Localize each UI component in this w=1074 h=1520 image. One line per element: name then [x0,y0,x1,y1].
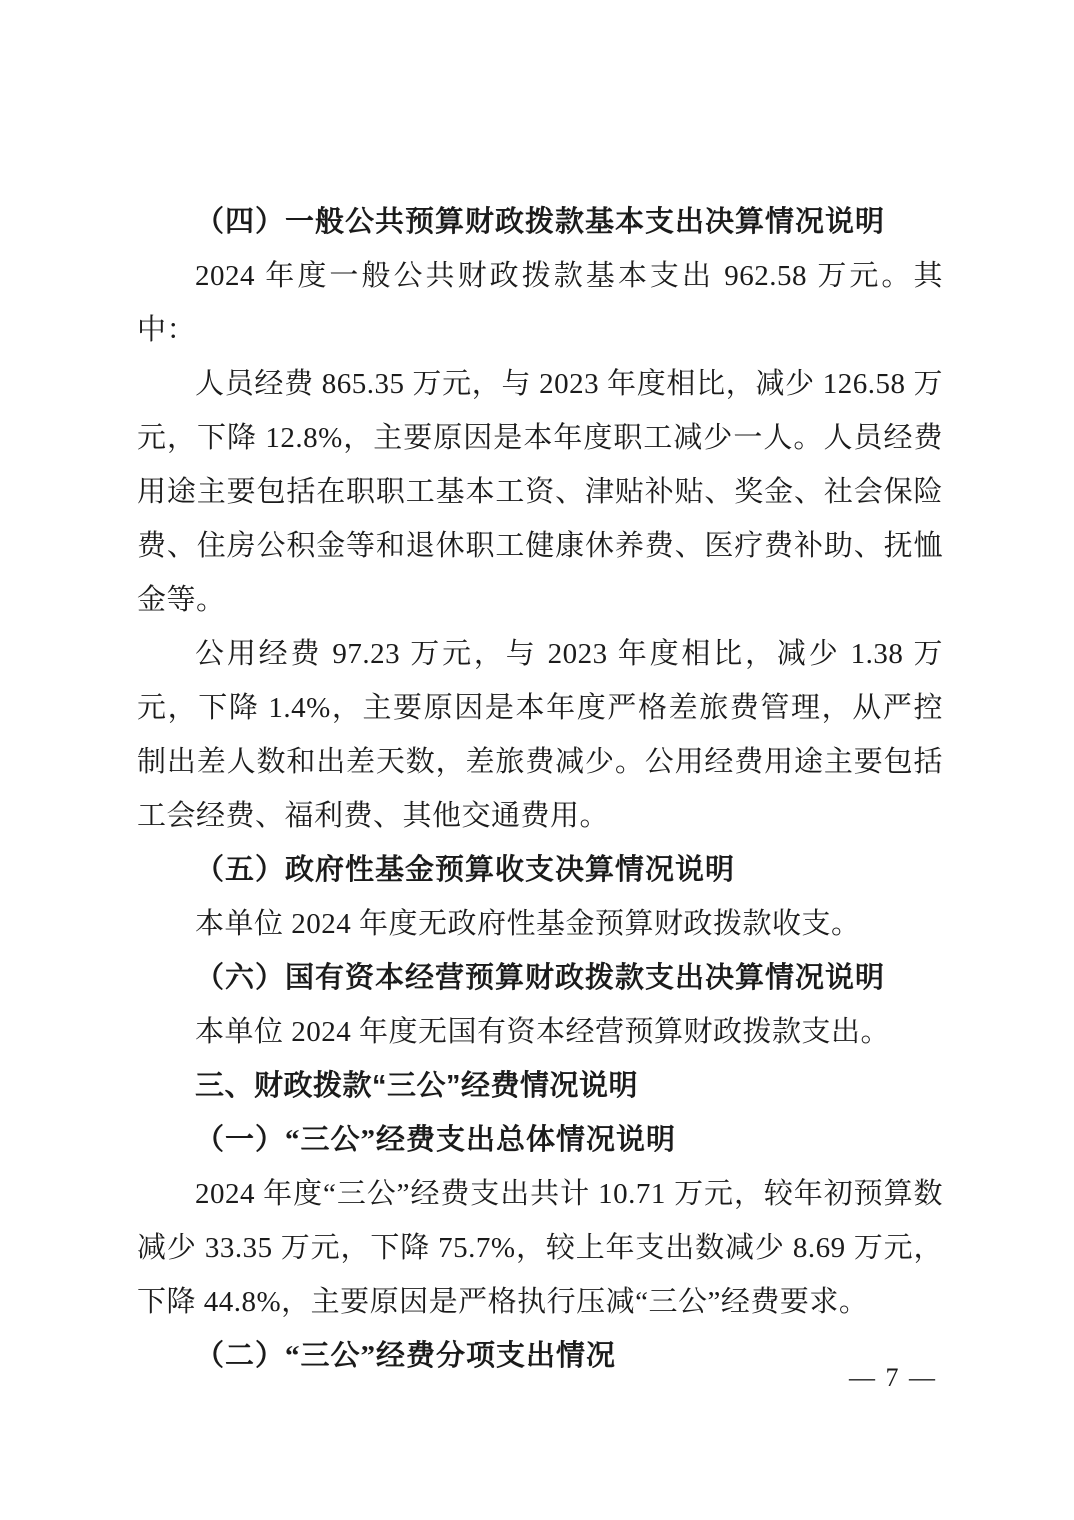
heading-section-1-overall-situation: （一）“三公”经费支出总体情况说明 [137,1113,943,1167]
para-government-fund-none: 本单位 2024 年度无政府性基金预算财政拨款收支。 [137,897,943,951]
para-three-public-funds-total: 2024 年度“三公”经费支出共计 10.71 万元，较年初预算数减少 33.3… [137,1167,943,1329]
para-public-expense: 公用经费 97.23 万元，与 2023 年度相比，减少 1.38 万元，下降 … [137,627,943,843]
document-body: （四）一般公共预算财政拨款基本支出决算情况说明 2024 年度一般公共财政拨款基… [137,195,943,1383]
heading-section-6-state-capital: （六）国有资本经营预算财政拨款支出决算情况说明 [137,951,943,1005]
heading-section-5-government-fund: （五）政府性基金预算收支决算情况说明 [137,843,943,897]
page-number: — 7 — [849,1362,937,1394]
para-personnel-expense: 人员经费 865.35 万元，与 2023 年度相比，减少 126.58 万元，… [137,357,943,627]
heading-section-2-itemized-expenditure: （二）“三公”经费分项支出情况 [137,1329,943,1383]
document-page: （四）一般公共预算财政拨款基本支出决算情况说明 2024 年度一般公共财政拨款基… [0,0,1074,1520]
heading-chapter-3-three-public-funds: 三、财政拨款“三公”经费情况说明 [137,1059,943,1113]
heading-section-4-basic-expenditure: （四）一般公共预算财政拨款基本支出决算情况说明 [137,195,943,249]
para-basic-expenditure-total: 2024 年度一般公共财政拨款基本支出 962.58 万元。其中： [137,249,943,357]
para-state-capital-none: 本单位 2024 年度无国有资本经营预算财政拨款支出。 [137,1005,943,1059]
